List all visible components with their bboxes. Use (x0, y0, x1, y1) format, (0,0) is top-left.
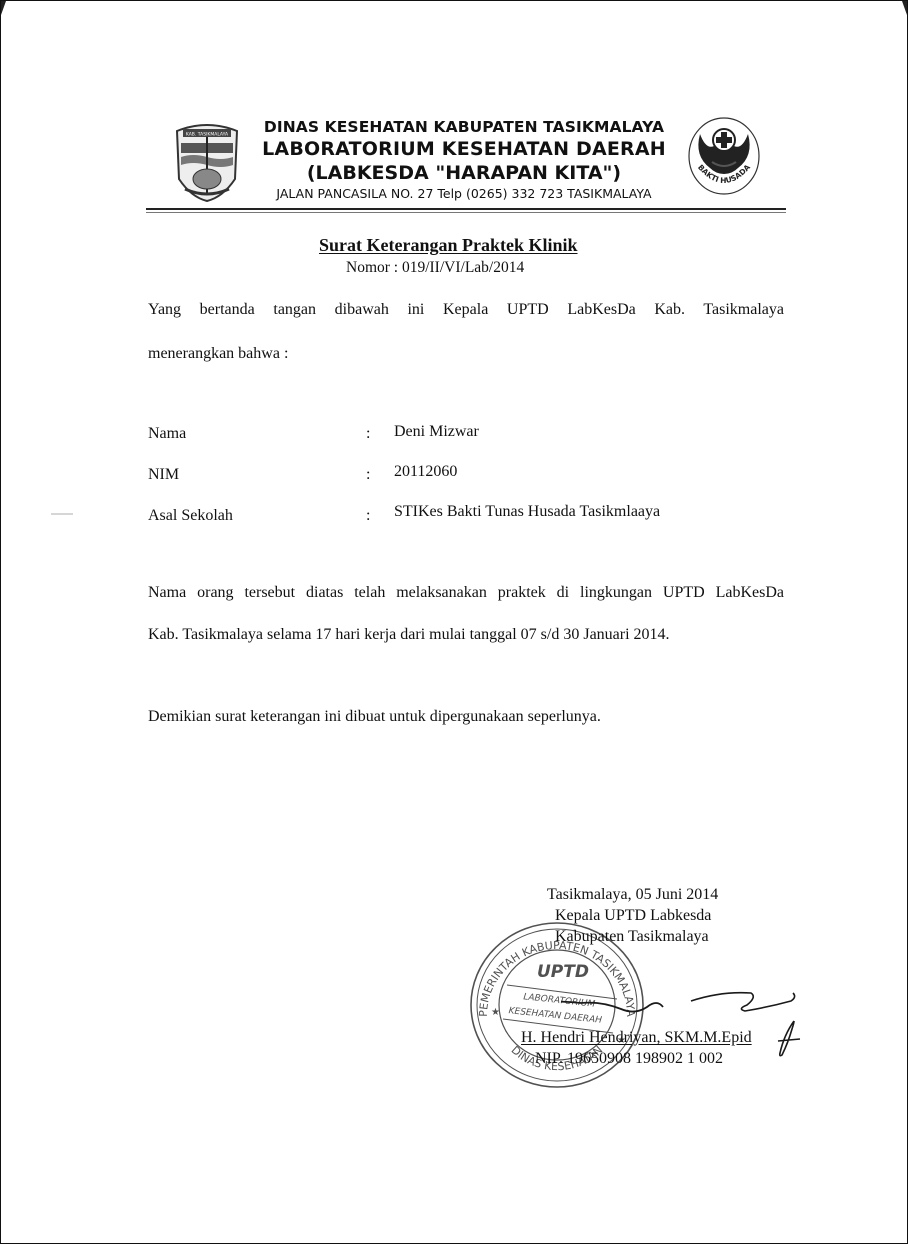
signer-position-line-1: Kepala UPTD Labkesda (555, 906, 711, 926)
field-label: Asal Sekolah (148, 507, 233, 525)
institution-name: LABORATORIUM KESEHATAN DAERAH (244, 137, 684, 161)
field-value-school: STIKes Bakti Tunas Husada Tasikmlaaya (394, 503, 660, 521)
signer-nip: NIP. 19650908 198902 1 002 (535, 1049, 723, 1069)
closing-sentence: Demikian surat keterangan ini dibuat unt… (148, 707, 784, 727)
field-separator: : (366, 425, 370, 443)
svg-text:★: ★ (491, 1007, 500, 1018)
signer-position-line-2: Kabupaten Tasikmalaya (555, 927, 709, 947)
place-date: Tasikmalaya, 05 Juni 2014 (547, 885, 718, 905)
signer-name: H. Hendri Hendriyan, SKM.M.Epid (521, 1028, 752, 1048)
regency-coat-of-arms-icon: KAB. TASIKMALAYA (173, 121, 241, 203)
document-number: Nomor : 019/II/VI/Lab/2014 (346, 259, 524, 277)
intro-line-1: Yang bertanda tangan dibawah ini Kepala … (148, 300, 784, 320)
svg-text:KAB. TASIKMALAYA: KAB. TASIKMALAYA (186, 132, 229, 138)
statement-line-1: Nama orang tersebut diatas telah melaksa… (148, 583, 784, 603)
scan-speck (51, 513, 73, 515)
institution-address: JALAN PANCASILA NO. 27 Telp (0265) 332 7… (244, 186, 684, 202)
bakti-husada-emblem-icon: BAKTI HUSADA (686, 116, 762, 196)
scan-corner-mark (902, 1, 907, 15)
field-separator: : (366, 466, 370, 484)
agency-name: DINAS KESEHATAN KABUPATEN TASIKMALAYA (244, 117, 684, 137)
initial-paraf-icon (774, 1019, 804, 1059)
letterhead-divider (146, 208, 786, 210)
document-title: Surat Keterangan Praktek Klinik (319, 235, 578, 256)
document-page: KAB. TASIKMALAYA DINAS KESEHATAN KABUPAT… (0, 0, 908, 1244)
field-label: NIM (148, 466, 179, 484)
field-label: Nama (148, 425, 186, 443)
statement-line-2: Kab. Tasikmalaya selama 17 hari kerja da… (148, 625, 784, 645)
field-value-nim: 20112060 (394, 463, 457, 481)
letterhead-divider-thin (146, 212, 786, 213)
scan-corner-mark (1, 1, 6, 15)
institution-alias: (LABKESDA "HARAPAN KITA") (244, 161, 684, 185)
field-value-name: Deni Mizwar (394, 423, 479, 441)
letterhead: KAB. TASIKMALAYA DINAS KESEHATAN KABUPAT… (146, 113, 786, 213)
letterhead-text: DINAS KESEHATAN KABUPATEN TASIKMALAYA LA… (244, 117, 684, 202)
intro-line-2: menerangkan bahwa : (148, 344, 784, 364)
field-separator: : (366, 507, 370, 525)
